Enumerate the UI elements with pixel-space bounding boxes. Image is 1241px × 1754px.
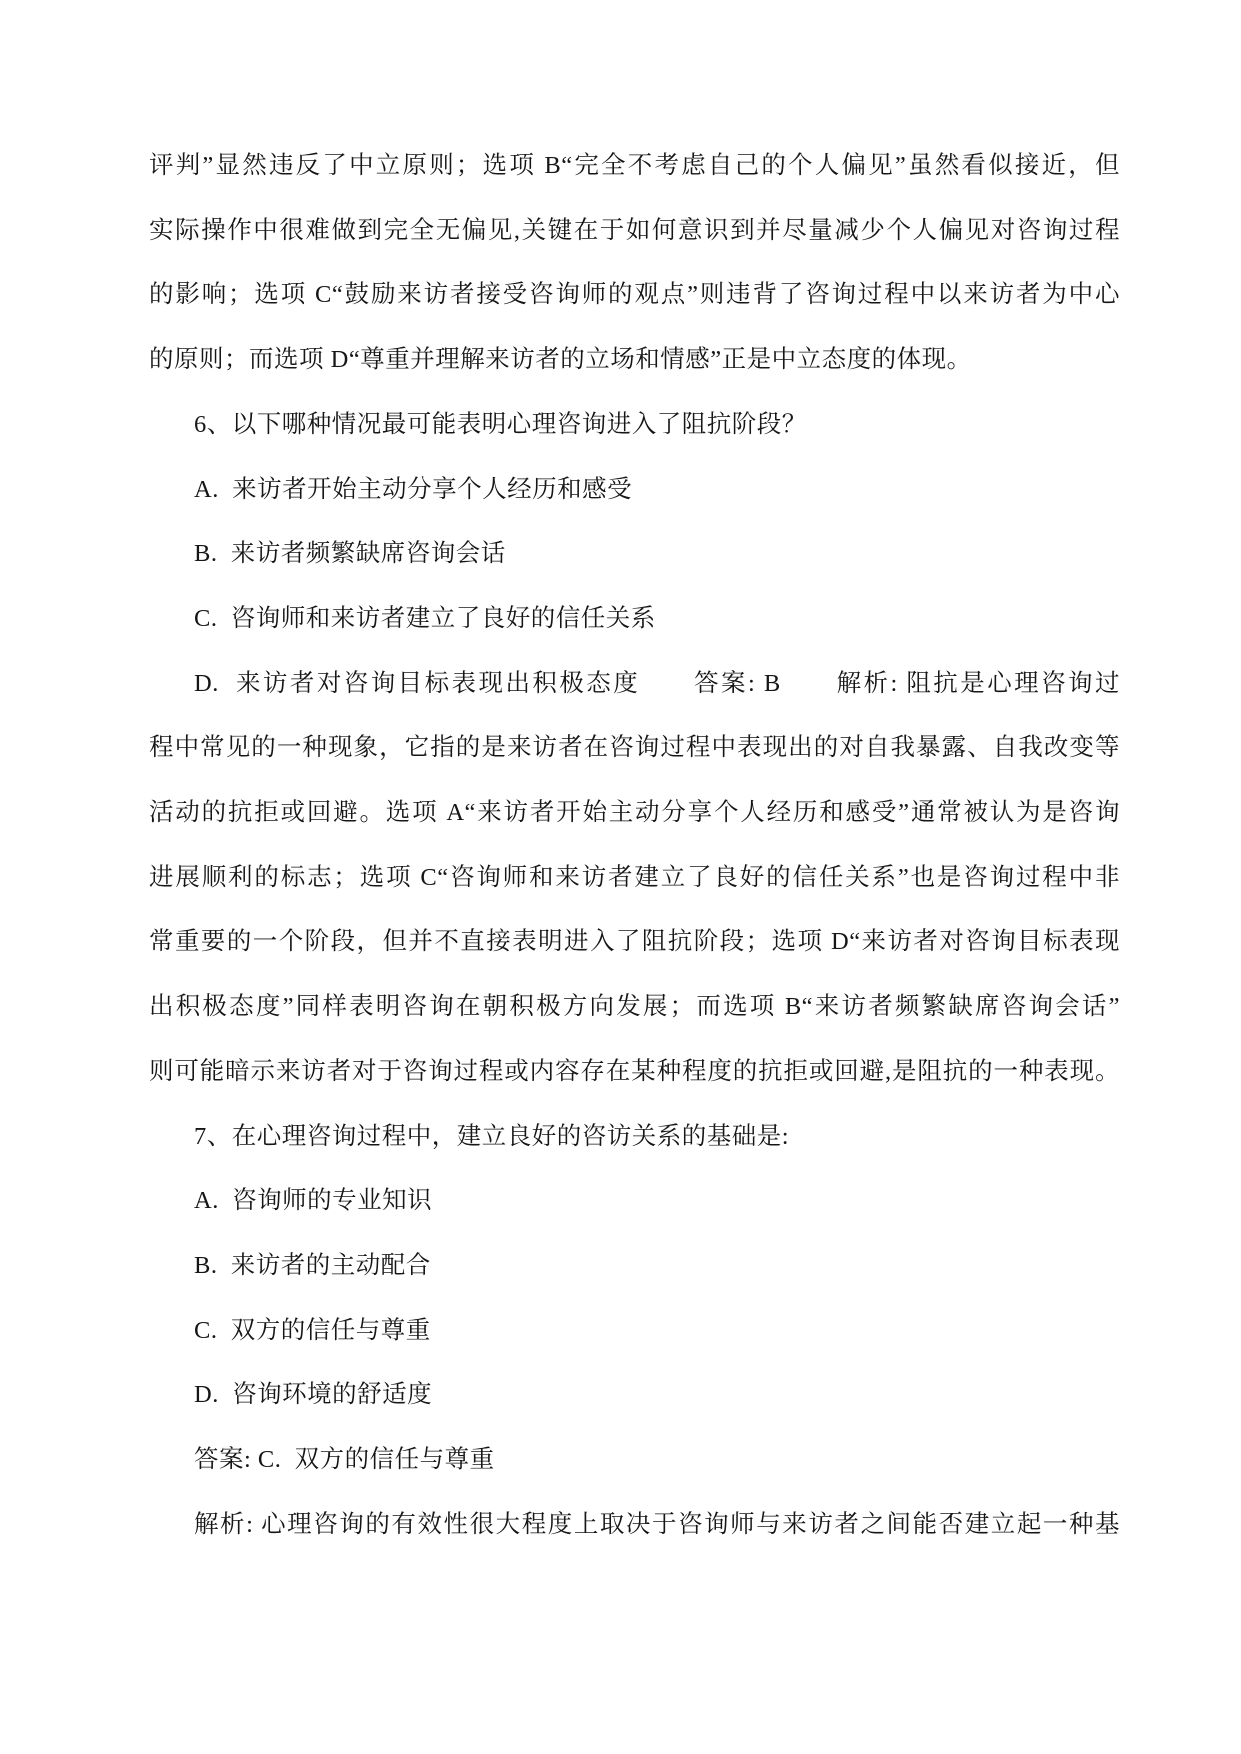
question-6-explanation-end: 则可能暗示来访者对于咨询过程或内容存在某种程度的抗拒或回避,是阻抗的一种表现。	[149, 1040, 1120, 1105]
question-6-explanation-line: 常重要的一个阶段，但并不直接表明进入了阻抗阶段；选项 D“来访者对咨询目标表现	[149, 910, 1120, 975]
question-7-explanation-line: 解析: 心理咨询的有效性很大程度上取决于咨询师与来访者之间能否建立起一种基	[149, 1493, 1120, 1558]
document-line-explanation-q5: 实际操作中很难做到完全无偏见,关键在于如何意识到并尽量减少个人偏见对咨询过程	[149, 199, 1120, 264]
document-line-explanation-q5: 的影响；选项 C“鼓励来访者接受咨询师的观点”则违背了咨询过程中以来访者为中心	[149, 263, 1120, 328]
question-6-explanation-line: 活动的抗拒或回避。选项 A“来访者开始主动分享个人经历和感受”通常被认为是咨询	[149, 781, 1120, 846]
question-7-option-a: A. 咨询师的专业知识	[149, 1169, 1120, 1234]
document-text-block: 评判”显然违反了中立原则；选项 B“完全不考虑自己的个人偏见”虽然看似接近，但 …	[149, 134, 1120, 1557]
question-6-option-d-answer-line: D. 来访者对咨询目标表现出积极态度 答案: B 解析: 阻抗是心理咨询过	[149, 652, 1120, 717]
question-6-explanation-line: 出积极态度”同样表明咨询在朝积极方向发展；而选项 B“来访者频繁缺席咨询会话”	[149, 975, 1120, 1040]
question-6-title: 6、以下哪种情况最可能表明心理咨询进入了阻抗阶段？	[149, 393, 1120, 458]
question-7-option-d: D. 咨询环境的舒适度	[149, 1363, 1120, 1428]
question-7-title: 7、在心理咨询过程中，建立良好的咨访关系的基础是:	[149, 1105, 1120, 1170]
question-7-answer-line: 答案: C. 双方的信任与尊重	[149, 1428, 1120, 1493]
question-6-explanation-line: 程中常见的一种现象，它指的是来访者在咨询过程中表现出的对自我暴露、自我改变等	[149, 716, 1120, 781]
question-6-option-c: C. 咨询师和来访者建立了良好的信任关系	[149, 587, 1120, 652]
document-line-explanation-q5-end: 的原则；而选项 D“尊重并理解来访者的立场和情感”正是中立态度的体现。	[149, 328, 1120, 393]
document-line-explanation-q5: 评判”显然违反了中立原则；选项 B“完全不考虑自己的个人偏见”虽然看似接近，但	[149, 134, 1120, 199]
question-7-option-c: C. 双方的信任与尊重	[149, 1299, 1120, 1364]
question-6-option-b: B. 来访者频繁缺席咨询会话	[149, 522, 1120, 587]
question-6-option-a: A. 来访者开始主动分享个人经历和感受	[149, 458, 1120, 523]
question-7-option-b: B. 来访者的主动配合	[149, 1234, 1120, 1299]
document-page: 评判”显然违反了中立原则；选项 B“完全不考虑自己的个人偏见”虽然看似接近，但 …	[0, 0, 1241, 1754]
question-6-explanation-line: 进展顺利的标志；选项 C“咨询师和来访者建立了良好的信任关系”也是咨询过程中非	[149, 846, 1120, 911]
